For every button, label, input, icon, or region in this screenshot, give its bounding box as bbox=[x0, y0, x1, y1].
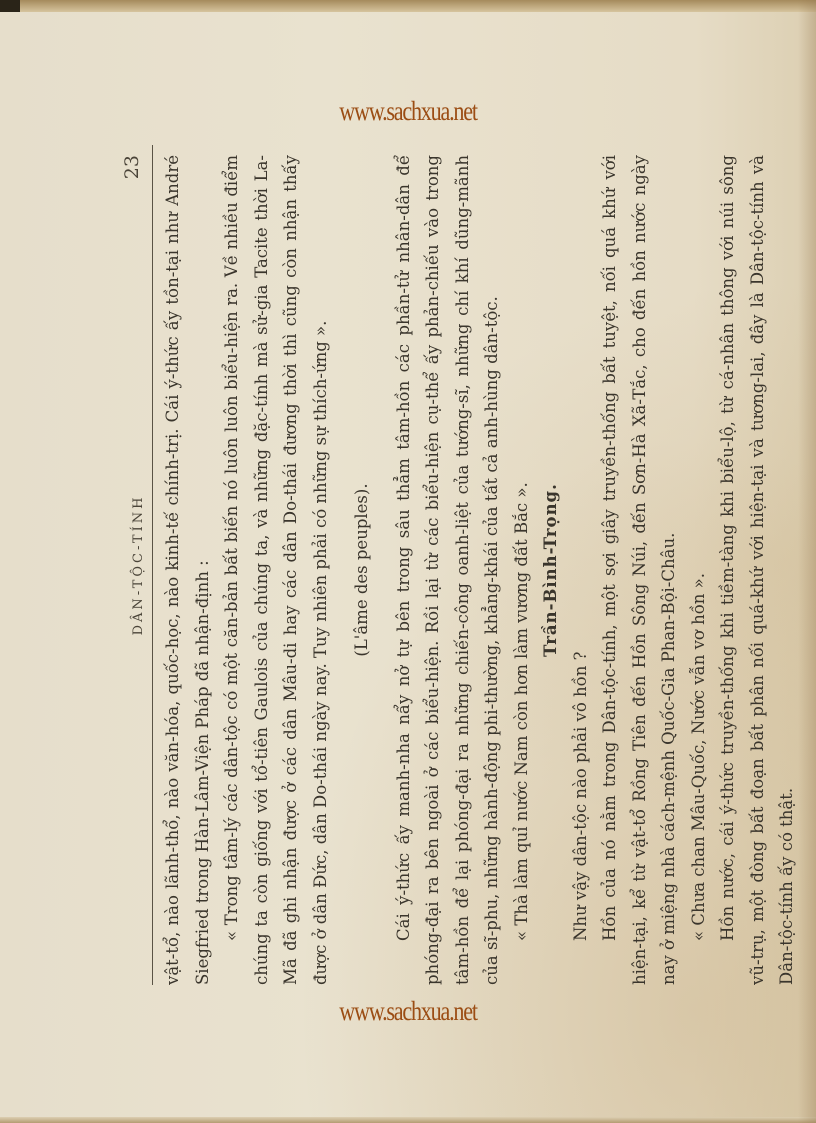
header-rule bbox=[152, 145, 153, 985]
watermark-top: www.sachxua.net bbox=[73, 96, 742, 127]
paragraph-gap bbox=[377, 155, 389, 985]
rotated-book-page: DÂN-TỘC-TÍNH 23 vật-tổ, nào lãnh-thổ, nà… bbox=[118, 145, 698, 985]
paragraph: vật-tổ, nào lãnh-thổ, nào văn-hóa, quốc-… bbox=[158, 155, 217, 985]
paragraph: « Thà làm quỉ nước Nam còn hơn làm vương… bbox=[507, 155, 537, 985]
paragraph: « Chưa chan Mâu-Quốc, Nước vẫn vơ hồn ». bbox=[684, 155, 714, 985]
body-text: vật-tổ, nào lãnh-thổ, nào văn-hóa, quốc-… bbox=[158, 155, 816, 985]
paragraph: (L'âme des peuples). bbox=[347, 155, 377, 985]
running-title: DÂN-TỘC-TÍNH bbox=[124, 145, 154, 985]
paragraph: Hồn nước, cái ý-thức truyền-thống khi ti… bbox=[713, 155, 802, 985]
running-head: DÂN-TỘC-TÍNH 23 bbox=[118, 145, 148, 985]
page-bottom-edge bbox=[0, 1117, 816, 1123]
paragraph: « Trong tâm-lý các dân-tộc có một căn-bả… bbox=[217, 155, 335, 985]
page-number: 23 bbox=[118, 155, 148, 179]
paragraph: Cái ý-thức ấy manh-nha nẩy nở tự bên tro… bbox=[389, 155, 507, 985]
paragraph-gap bbox=[335, 155, 347, 985]
page-content: DÂN-TỘC-TÍNH 23 vật-tổ, nào lãnh-thổ, nà… bbox=[118, 145, 698, 985]
author-signature: Trần-Bình-Trọng. bbox=[536, 155, 566, 985]
watermark-bottom: www.sachxua.net bbox=[73, 996, 742, 1027]
page-top-edge bbox=[0, 0, 816, 12]
paragraph: Hồn của nó nằm trong Dân-tộc-tính, một s… bbox=[595, 155, 684, 985]
paragraph: Như vậy dân-tộc nào phải vô hồn ? bbox=[566, 155, 596, 985]
